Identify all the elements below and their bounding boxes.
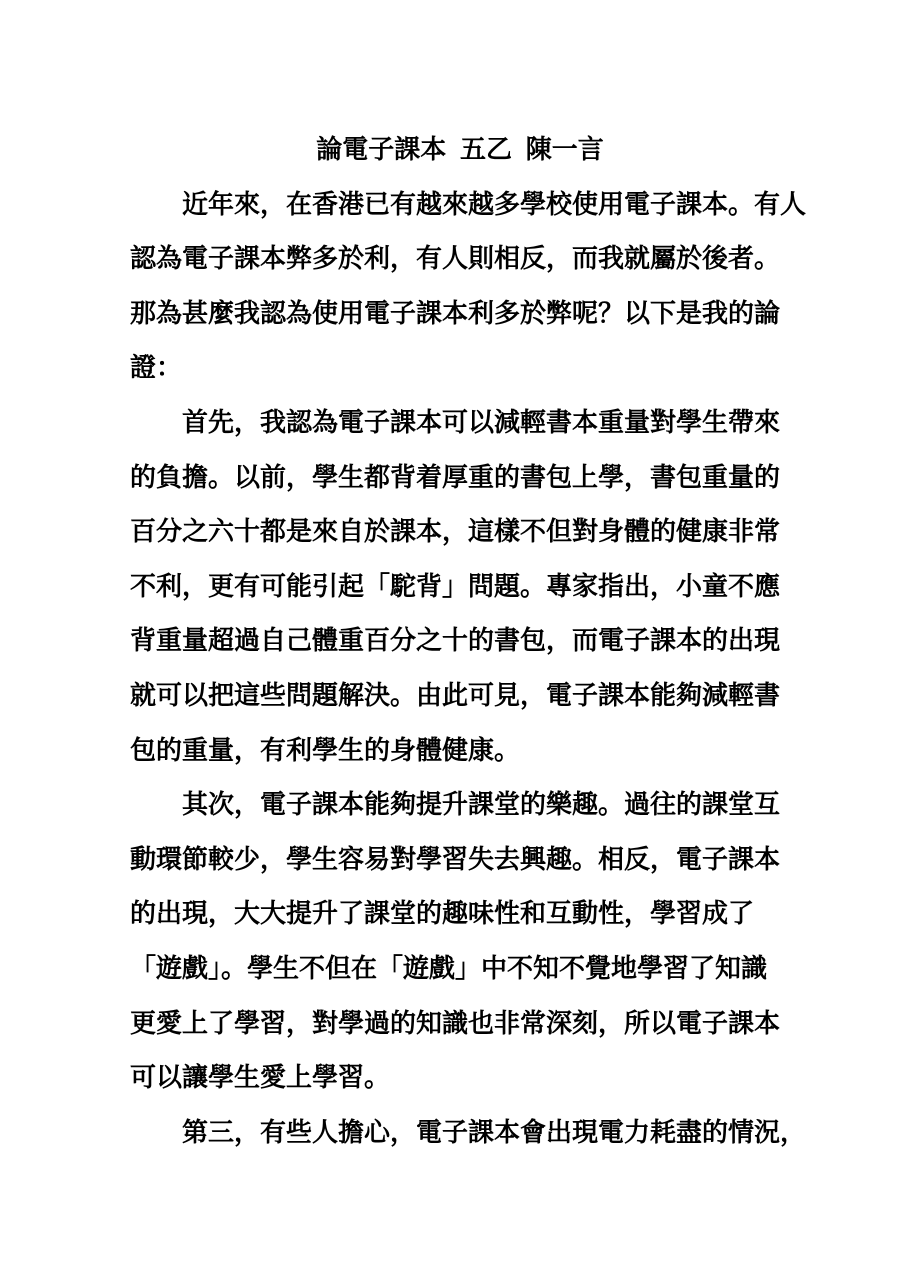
document-title: 論電子課本 五乙 陳一言 — [115, 122, 805, 177]
text-line: 其次，電子課本能夠提升課堂的樂趣。過往的課堂互 — [130, 777, 805, 832]
text-line: 就可以把這些問題解決。由此可見，電子課本能夠減輕書 — [130, 668, 805, 723]
document-page: 論電子課本 五乙 陳一言 近年來，在香港已有越來越多學校使用電子課本。有人認為電… — [0, 0, 905, 1280]
text-line: 認為電子課本弊多於利，有人則相反，而我就屬於後者。 — [130, 231, 805, 286]
text-line: 百分之六十都是來自於課本，這樣不但對身體的健康非常 — [130, 504, 805, 559]
text-line: 那為甚麼我認為使用電子課本利多於弊呢？以下是我的論 — [130, 286, 805, 341]
text-line: 的出現，大大提升了課堂的趣味性和互動性，學習成了 — [130, 886, 805, 941]
text-line: 第三，有些人擔心，電子課本會出現電力耗盡的情況， — [130, 1105, 805, 1160]
text-line: 不利，更有可能引起「駝背」問題。專家指出，小童不應 — [130, 559, 805, 614]
text-line: 更愛上了學習，對學過的知識也非常深刻，所以電子課本 — [130, 996, 805, 1051]
text-line: 證： — [130, 340, 805, 395]
text-line: 首先，我認為電子課本可以減輕書本重量對學生帶來 — [130, 395, 805, 450]
text-line: 可以讓學生愛上學習。 — [130, 1050, 805, 1105]
document-body: 近年來，在香港已有越來越多學校使用電子課本。有人認為電子課本弊多於利，有人則相反… — [130, 177, 805, 1160]
text-line: 包的重量，有利學生的身體健康。 — [130, 723, 805, 778]
text-line: 動環節較少，學生容易對學習失去興趣。相反，電子課本 — [130, 832, 805, 887]
text-line: 背重量超過自己體重百分之十的書包，而電子課本的出現 — [130, 613, 805, 668]
text-line: 近年來，在香港已有越來越多學校使用電子課本。有人 — [130, 177, 805, 232]
text-line: 的負擔。以前，學生都背着厚重的書包上學，書包重量的 — [130, 450, 805, 505]
text-line: 「遊戲」。學生不但在「遊戲」中不知不覺地學習了知識 — [130, 941, 805, 996]
